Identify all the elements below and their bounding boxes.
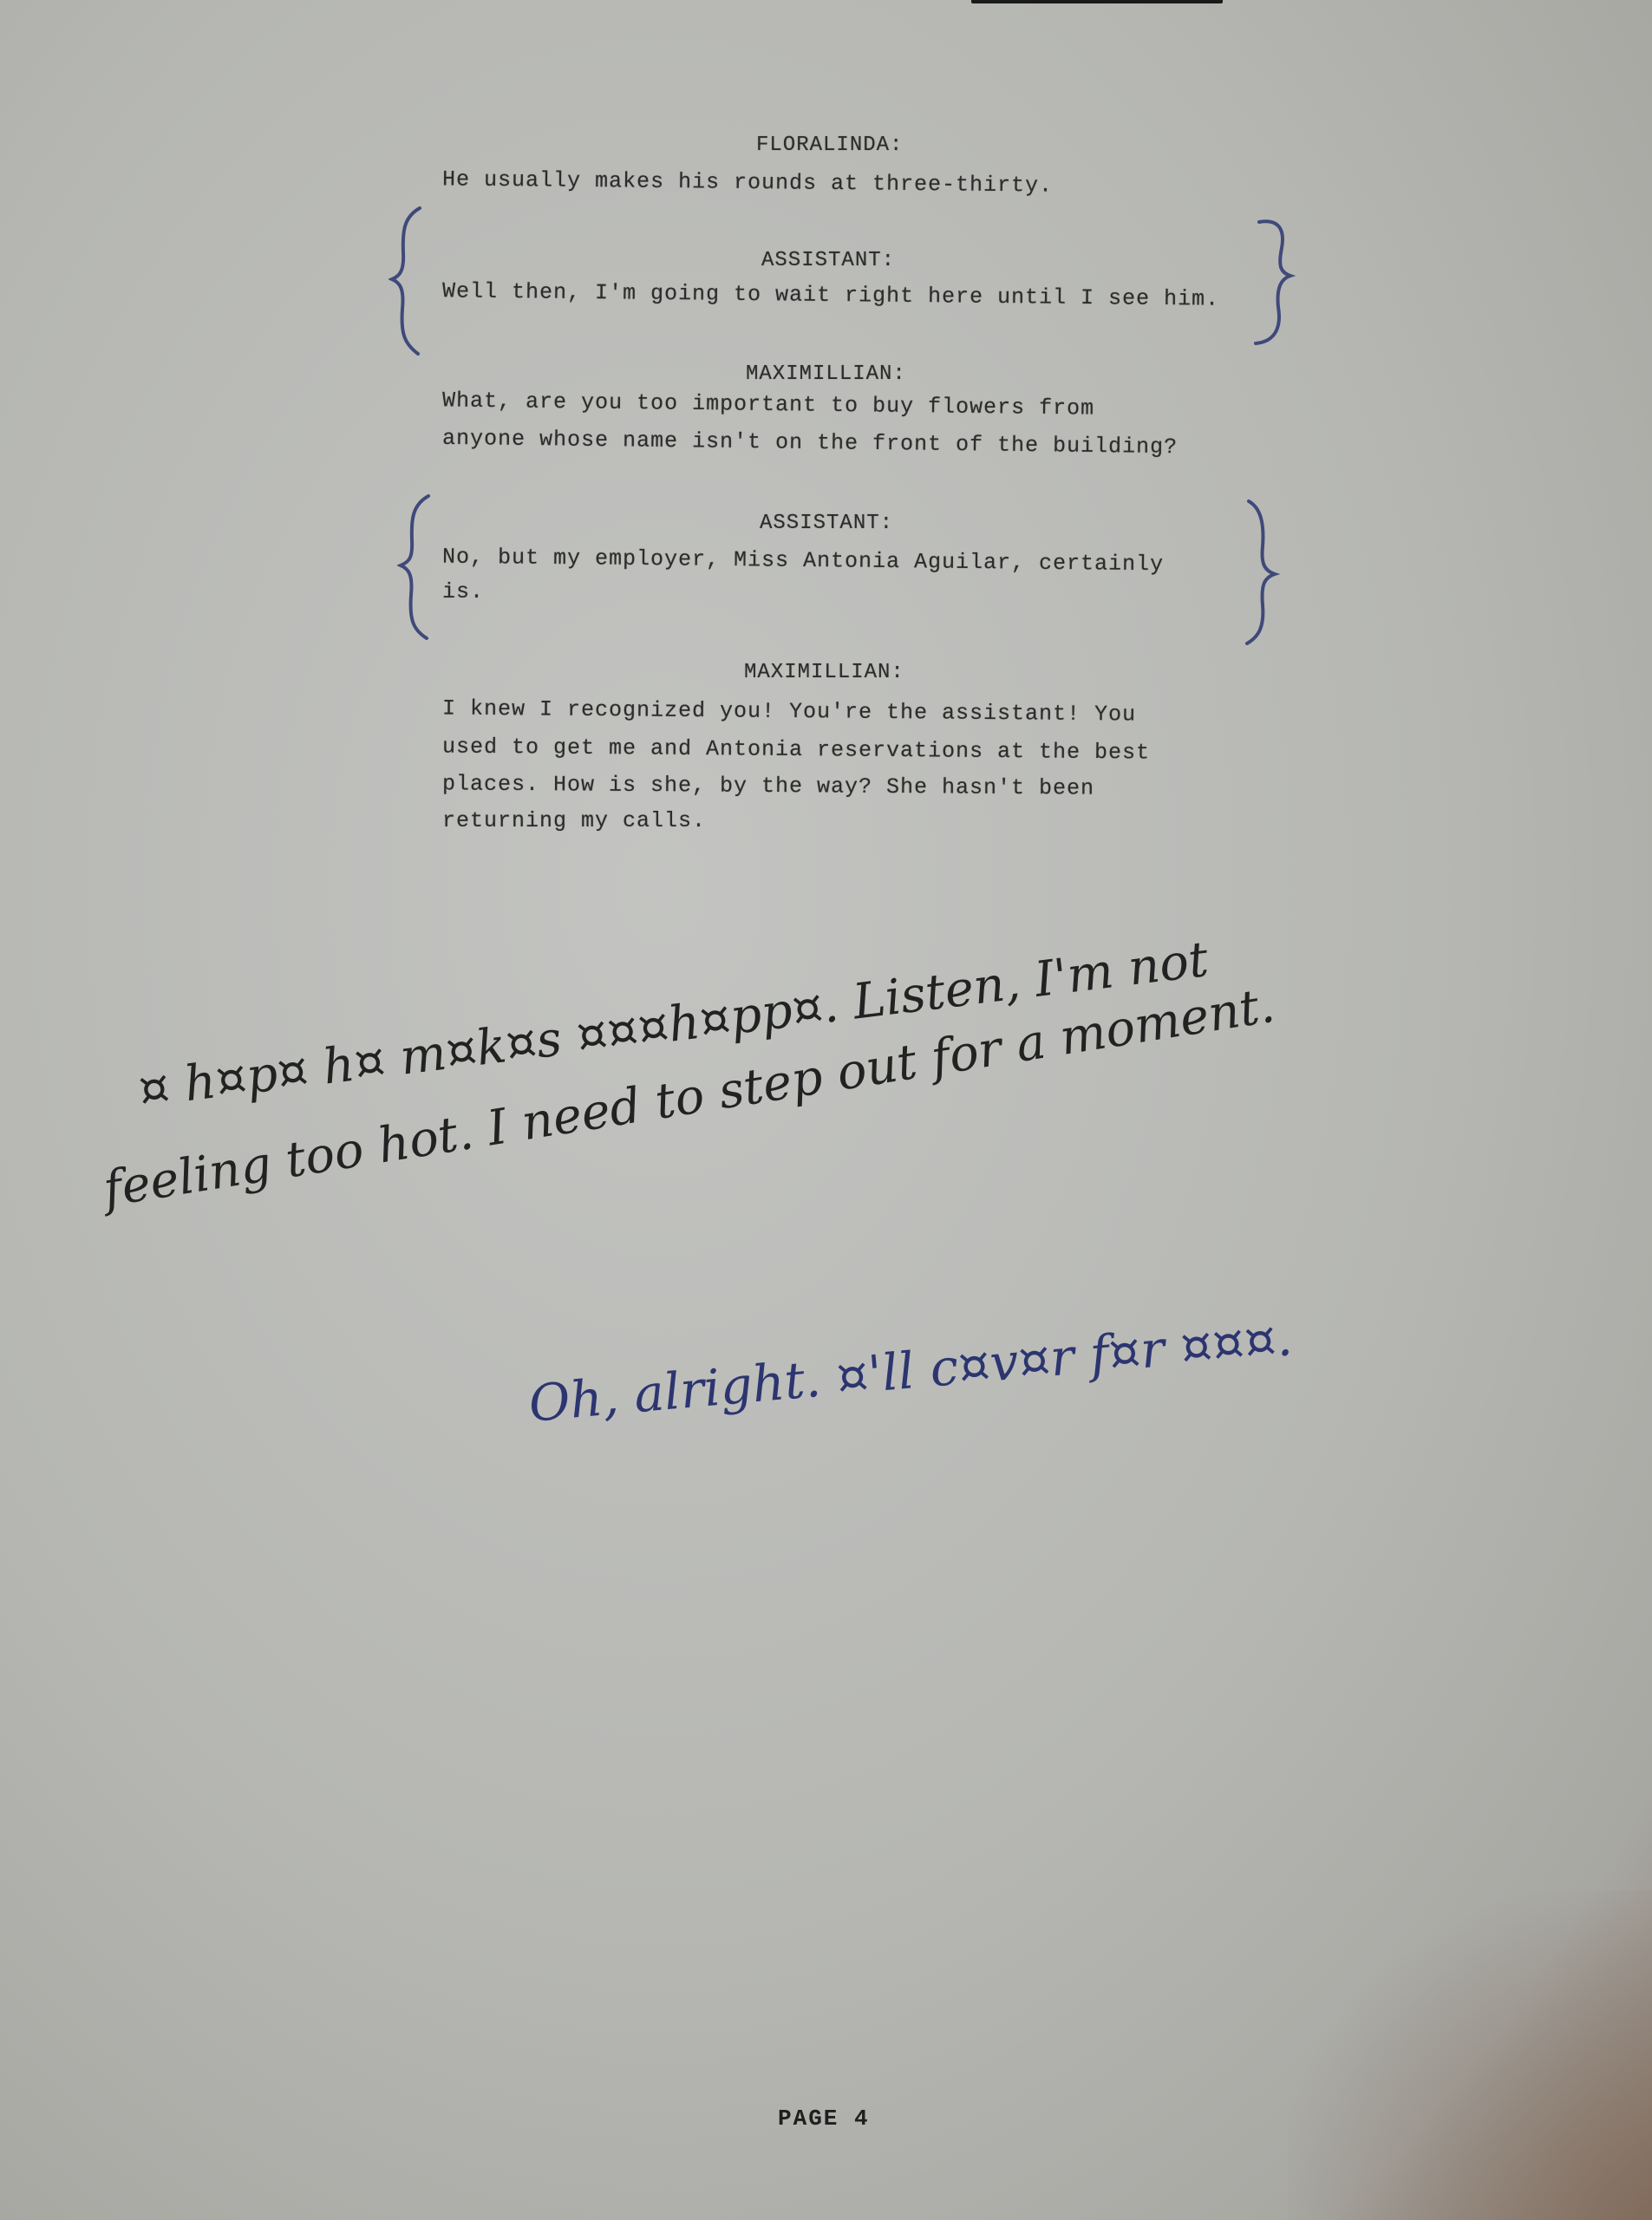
dialogue-line: used to get me and Antonia reservations … — [442, 734, 1150, 765]
dialogue-line: I knew I recognized you! You're the assi… — [442, 696, 1136, 728]
dialogue-line: No, but my employer, Miss Antonia Aguila… — [442, 545, 1164, 578]
dialogue-line: is. — [442, 579, 484, 604]
dialogue-line: returning my calls. — [442, 808, 706, 833]
right-brace-icon — [1238, 498, 1282, 647]
speaker-floralinda: FLORALINDA: — [756, 134, 903, 157]
right-brace-icon — [1249, 217, 1296, 347]
dialogue-line: places. How is she, by the way? She hasn… — [442, 771, 1094, 800]
page-number: PAGE 4 — [778, 2106, 870, 2132]
speaker-maximillian: MAXIMILLIAN: — [746, 362, 906, 386]
paper-stain — [1288, 1890, 1652, 2220]
left-brace-icon — [397, 493, 441, 642]
dialogue-line: What, are you too important to buy flowe… — [442, 388, 1094, 421]
dialogue-line: Well then, I'm going to wait right here … — [442, 278, 1219, 311]
speaker-assistant: ASSISTANT: — [760, 512, 893, 535]
dialogue-line: anyone whose name isn't on the front of … — [442, 426, 1178, 460]
top-edge-shadow — [971, 0, 1223, 3]
dialogue-line: He usually makes his rounds at three-thi… — [442, 166, 1053, 198]
handwritten-reply: Oh, alright. ¤'ll c¤v¤r f¤r ¤¤¤. — [526, 1308, 1295, 1433]
speaker-assistant: ASSISTANT: — [761, 249, 895, 272]
left-brace-icon — [389, 205, 432, 356]
speaker-maximillian: MAXIMILLIAN: — [744, 661, 904, 684]
